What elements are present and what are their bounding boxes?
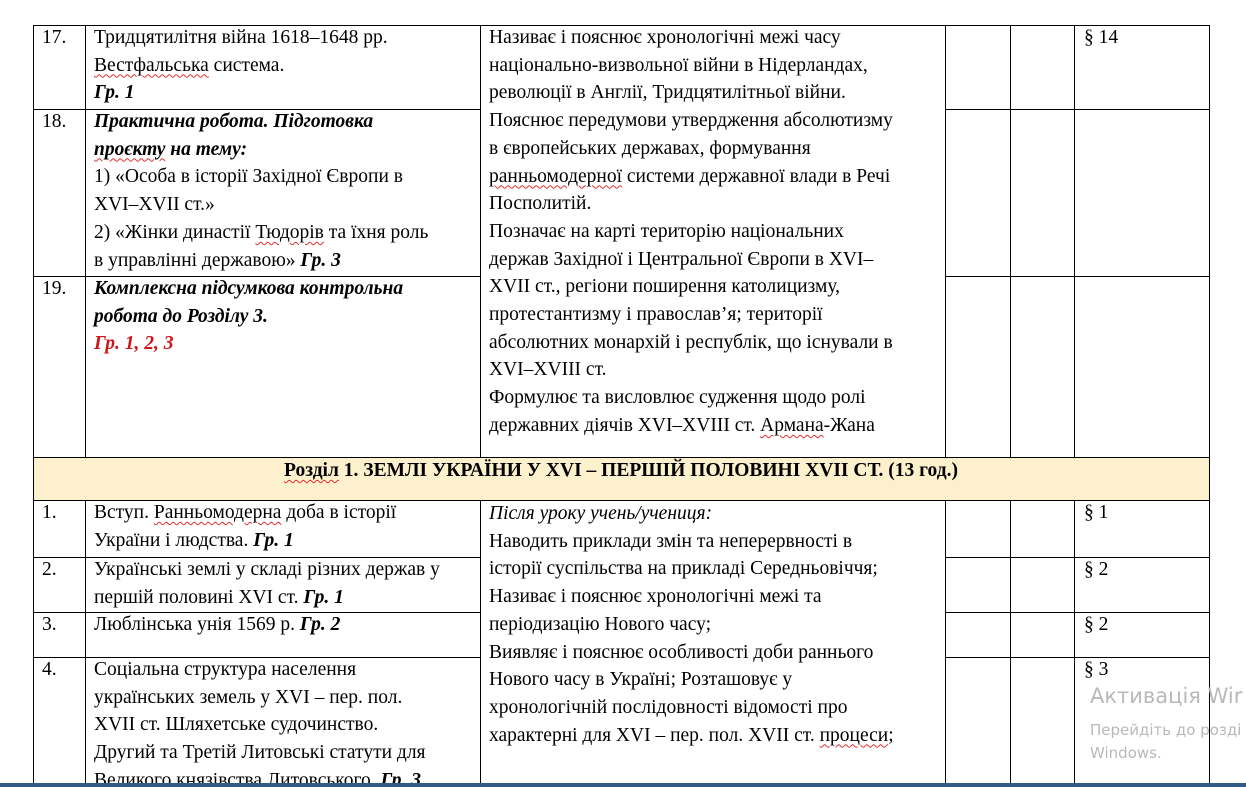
text-line: Після уроку учень/учениця: — [489, 500, 894, 528]
table-border — [1209, 25, 1210, 457]
text-line: робота до Розділу 3. — [94, 303, 403, 331]
section-title: Розділ 1. ЗЕМЛІ УКРАЇНИ У XVI – ПЕРШІЙ П… — [33, 458, 1209, 484]
lesson-number: 2. — [42, 556, 57, 584]
text-run: Посполитій. — [489, 193, 591, 214]
textbook-paragraph: § 2 — [1084, 556, 1108, 584]
lesson-topic: Українські землі у складі різних держав … — [94, 556, 440, 611]
text-run: доба в історії — [281, 502, 396, 523]
lesson-topic: Люблінська унія 1569 р. Гр. 2 — [94, 611, 340, 639]
lesson-number: 18. — [42, 108, 66, 136]
table-border — [1209, 457, 1210, 500]
text-line: Комплексна підсумкова контрольна — [94, 275, 403, 303]
learning-outcomes-cell: Після уроку учень/учениця:Наводить прикл… — [489, 500, 894, 749]
text-run: Нового часу в Україні; Розташовує у — [489, 669, 792, 690]
table-border — [945, 657, 1210, 658]
text-run: України і людства. — [94, 530, 253, 551]
text-line: України і людства. Гр. 1 — [94, 527, 396, 555]
text-run: Практична робота. Підготовка — [94, 111, 373, 132]
text-run: протестантизму і православ’я; території — [489, 304, 823, 325]
text-run: 2) «Жінки династії — [94, 222, 255, 243]
textbook-paragraph: § 2 — [1084, 611, 1108, 639]
text-run: Формулює та висловлює судження щодо ролі — [489, 387, 866, 408]
text-run: Позначає на карті територію національних — [489, 221, 844, 242]
text-run: проєкту — [94, 139, 165, 160]
text-run: Соціальна структура населення — [94, 659, 356, 680]
text-run: національно-визвольної війни в Нідерланд… — [489, 55, 868, 76]
text-run: Комплексна підсумкова контрольна — [94, 278, 403, 299]
text-run: XVII ст., регіони поширення католицизму, — [489, 276, 840, 297]
text-line: ранньомодерної системи державної влади в… — [489, 163, 893, 191]
text-line: першій половині XVI ст. Гр. 1 — [94, 584, 440, 612]
text-run: абсолютних монархій і республік, що існу… — [489, 332, 893, 353]
text-run: держав Західної і Центральної Європи в X… — [489, 249, 873, 270]
text-run: першій половині XVI ст. — [94, 587, 303, 608]
taskbar-strip — [0, 783, 1246, 787]
text-run: Люблінська унія 1569 р. — [94, 614, 300, 635]
text-run: Гр. 1 — [253, 530, 294, 551]
text-line: українських земель у XVI – пер. пол. — [94, 684, 426, 712]
text-run: українських земель у XVI – пер. пол. — [94, 687, 402, 708]
text-run: Гр. 2 — [300, 614, 341, 635]
table-border — [480, 25, 481, 457]
text-line: протестантизму і православ’я; території — [489, 301, 893, 329]
activation-watermark-line2: Windows. — [1090, 742, 1241, 765]
table-border — [1010, 25, 1011, 457]
text-line: Наводить приклади змін та неперервності … — [489, 528, 894, 556]
text-run: Вестфальська — [94, 55, 209, 76]
textbook-paragraph: § 3 — [1084, 656, 1108, 684]
text-line: Другий та Третій Литовські статути для — [94, 739, 426, 767]
text-run: Наводить приклади змін та неперервності … — [489, 531, 852, 552]
text-line: державних діячів XVI–XVIII ст. Армана-Жа… — [489, 412, 893, 440]
text-run: Пояснює передумови утвердження абсолютиз… — [489, 110, 893, 131]
text-run: історії суспільства на прикладі Середньо… — [489, 558, 878, 579]
lesson-topic: Практична робота. Підготовкапроєкту на т… — [94, 108, 428, 274]
text-run: революції в Англії, Тридцятилітньої війн… — [489, 82, 846, 103]
table-border — [1010, 500, 1011, 787]
text-line: проєкту на тему: — [94, 136, 428, 164]
lesson-number: 19. — [42, 275, 66, 303]
text-run: ; — [888, 725, 893, 746]
section-title-prefix: Розділ — [284, 460, 339, 481]
text-line: Називає і пояснює хронологічні межі та — [489, 583, 894, 611]
activation-watermark-text: Перейдіть до розді Windows. — [1090, 719, 1241, 765]
section-title-rest: 1. ЗЕМЛІ УКРАЇНИ У XVI – ПЕРШІЙ ПОЛОВИНІ… — [339, 460, 958, 481]
text-run: Армана — [760, 415, 824, 436]
table-border — [945, 25, 946, 457]
text-line: 1) «Особа в історії Західної Європи в — [94, 163, 428, 191]
lesson-topic: Вступ. Ранньомодерна доба в історіїУкраї… — [94, 499, 396, 554]
text-run: Гр. 1 — [303, 587, 344, 608]
text-line: XVII ст. Шляхетське судочинство. — [94, 711, 426, 739]
table-border — [945, 612, 1210, 613]
table-border — [945, 109, 1210, 110]
text-run: робота до Розділу 3. — [94, 306, 268, 327]
text-line: XVI–XVII ст.» — [94, 191, 428, 219]
text-run: та їхня роль — [324, 222, 428, 243]
text-run: XVI–XVII ст.» — [94, 194, 215, 215]
table-border — [480, 500, 481, 787]
text-run: на тему: — [165, 139, 247, 160]
text-line: Позначає на карті територію національних — [489, 218, 893, 246]
table-border — [33, 25, 34, 457]
text-line: Формулює та висловлює судження щодо ролі — [489, 384, 893, 412]
text-run: Другий та Третій Литовські статути для — [94, 742, 426, 763]
text-run: Вступ. — [94, 502, 154, 523]
text-line: Вступ. Ранньомодерна доба в історії — [94, 499, 396, 527]
lesson-number: 17. — [42, 24, 66, 52]
text-line: Пояснює передумови утвердження абсолютиз… — [489, 107, 893, 135]
table-border — [945, 500, 946, 787]
text-line: Нового часу в Україні; Розташовує у — [489, 666, 894, 694]
document-page: 17.Тридцятилітня війна 1618–1648 рр.Вест… — [0, 0, 1246, 787]
text-run: Тюдорів — [255, 222, 324, 243]
text-run: система. — [209, 55, 285, 76]
text-run: хронологічній послідовності відомості пр… — [489, 697, 847, 718]
text-run: в європейських державах, формування — [489, 138, 811, 159]
text-run: Гр. 1 — [94, 82, 135, 103]
activation-watermark-line1: Перейдіть до розді — [1090, 719, 1241, 742]
table-border — [85, 500, 86, 787]
text-run: Тридцятилітня війна 1618–1648 рр. — [94, 27, 388, 48]
text-run: Виявляє і пояснює особливості доби раннь… — [489, 642, 873, 663]
text-line: 2) «Жінки династії Тюдорів та їхня роль — [94, 219, 428, 247]
text-run: XVII ст. Шляхетське судочинство. — [94, 714, 378, 735]
text-run: Українські землі у складі різних держав … — [94, 559, 440, 580]
text-line: Люблінська унія 1569 р. Гр. 2 — [94, 611, 340, 639]
text-line: Гр. 1 — [94, 79, 388, 107]
text-run: ранньомодерної — [489, 166, 622, 187]
learning-outcomes-cell: Називає і пояснює хронологічні межі часу… — [489, 24, 893, 440]
table-border — [85, 25, 86, 457]
text-line: національно-визвольної війни в Нідерланд… — [489, 52, 893, 80]
text-line: Посполитій. — [489, 190, 893, 218]
text-run: Називає і пояснює хронологічні межі та — [489, 586, 822, 607]
text-line: періодизацію Нового часу; — [489, 611, 894, 639]
text-line: Практична робота. Підготовка — [94, 108, 428, 136]
text-run: в управлінні державою» — [94, 250, 300, 271]
lesson-number: 3. — [42, 611, 57, 639]
activation-watermark-title: Активація Wir — [1090, 684, 1242, 708]
text-run: XVI–XVIII ст. — [489, 359, 607, 380]
text-line: XVI–XVIII ст. — [489, 356, 893, 384]
lesson-topic: Комплексна підсумкова контрольнаробота д… — [94, 275, 403, 358]
text-run: періодизацію Нового часу; — [489, 614, 711, 635]
text-line: в європейських державах, формування — [489, 135, 893, 163]
textbook-paragraph: § 1 — [1084, 499, 1108, 527]
table-border — [945, 276, 1210, 277]
text-run: 1) «Особа в історії Західної Європи в — [94, 166, 403, 187]
table-border — [1074, 500, 1075, 787]
table-border — [1074, 25, 1075, 457]
text-line: характерні для XVI – пер. пол. XVII ст. … — [489, 722, 894, 750]
text-run: державних діячів XVI–XVIII ст. — [489, 415, 760, 436]
text-run: характерні для XVI – пер. пол. XVII ст. — [489, 725, 820, 746]
text-line: Виявляє і пояснює особливості доби раннь… — [489, 639, 894, 667]
text-run: Називає і пояснює хронологічні межі часу — [489, 27, 841, 48]
lesson-number: 4. — [42, 656, 57, 684]
text-run: процеси — [820, 725, 889, 746]
text-line: XVII ст., регіони поширення католицизму, — [489, 273, 893, 301]
text-line: Українські землі у складі різних держав … — [94, 556, 440, 584]
lesson-number: 1. — [42, 499, 57, 527]
text-line: в управлінні державою» Гр. 3 — [94, 247, 428, 275]
text-line: революції в Англії, Тридцятилітньої війн… — [489, 79, 893, 107]
lesson-topic: Соціальна структура населенняукраїнських… — [94, 656, 426, 787]
text-line: Вестфальська система. — [94, 52, 388, 80]
text-run: Після уроку учень/учениця: — [489, 503, 712, 524]
text-line: Гр. 1, 2, 3 — [94, 330, 403, 358]
text-line: держав Західної і Центральної Європи в X… — [489, 246, 893, 274]
text-line: Тридцятилітня війна 1618–1648 рр. — [94, 24, 388, 52]
text-run: системи державної влади в Речі — [622, 166, 890, 187]
lesson-topic: Тридцятилітня війна 1618–1648 рр.Вестфал… — [94, 24, 388, 107]
text-line: Соціальна структура населення — [94, 656, 426, 684]
table-border — [33, 500, 34, 787]
textbook-paragraph: § 14 — [1084, 24, 1118, 52]
text-run: Ранньомодерна — [154, 502, 282, 523]
text-line: хронологічній послідовності відомості пр… — [489, 694, 894, 722]
text-line: Називає і пояснює хронологічні межі часу — [489, 24, 893, 52]
text-line: абсолютних монархій і республік, що існу… — [489, 329, 893, 357]
text-run: Гр. 1, 2, 3 — [94, 333, 174, 354]
text-run: Гр. 3 — [300, 250, 341, 271]
text-line: історії суспільства на прикладі Середньо… — [489, 555, 894, 583]
table-border — [945, 557, 1210, 558]
text-run: -Жана — [824, 415, 875, 436]
